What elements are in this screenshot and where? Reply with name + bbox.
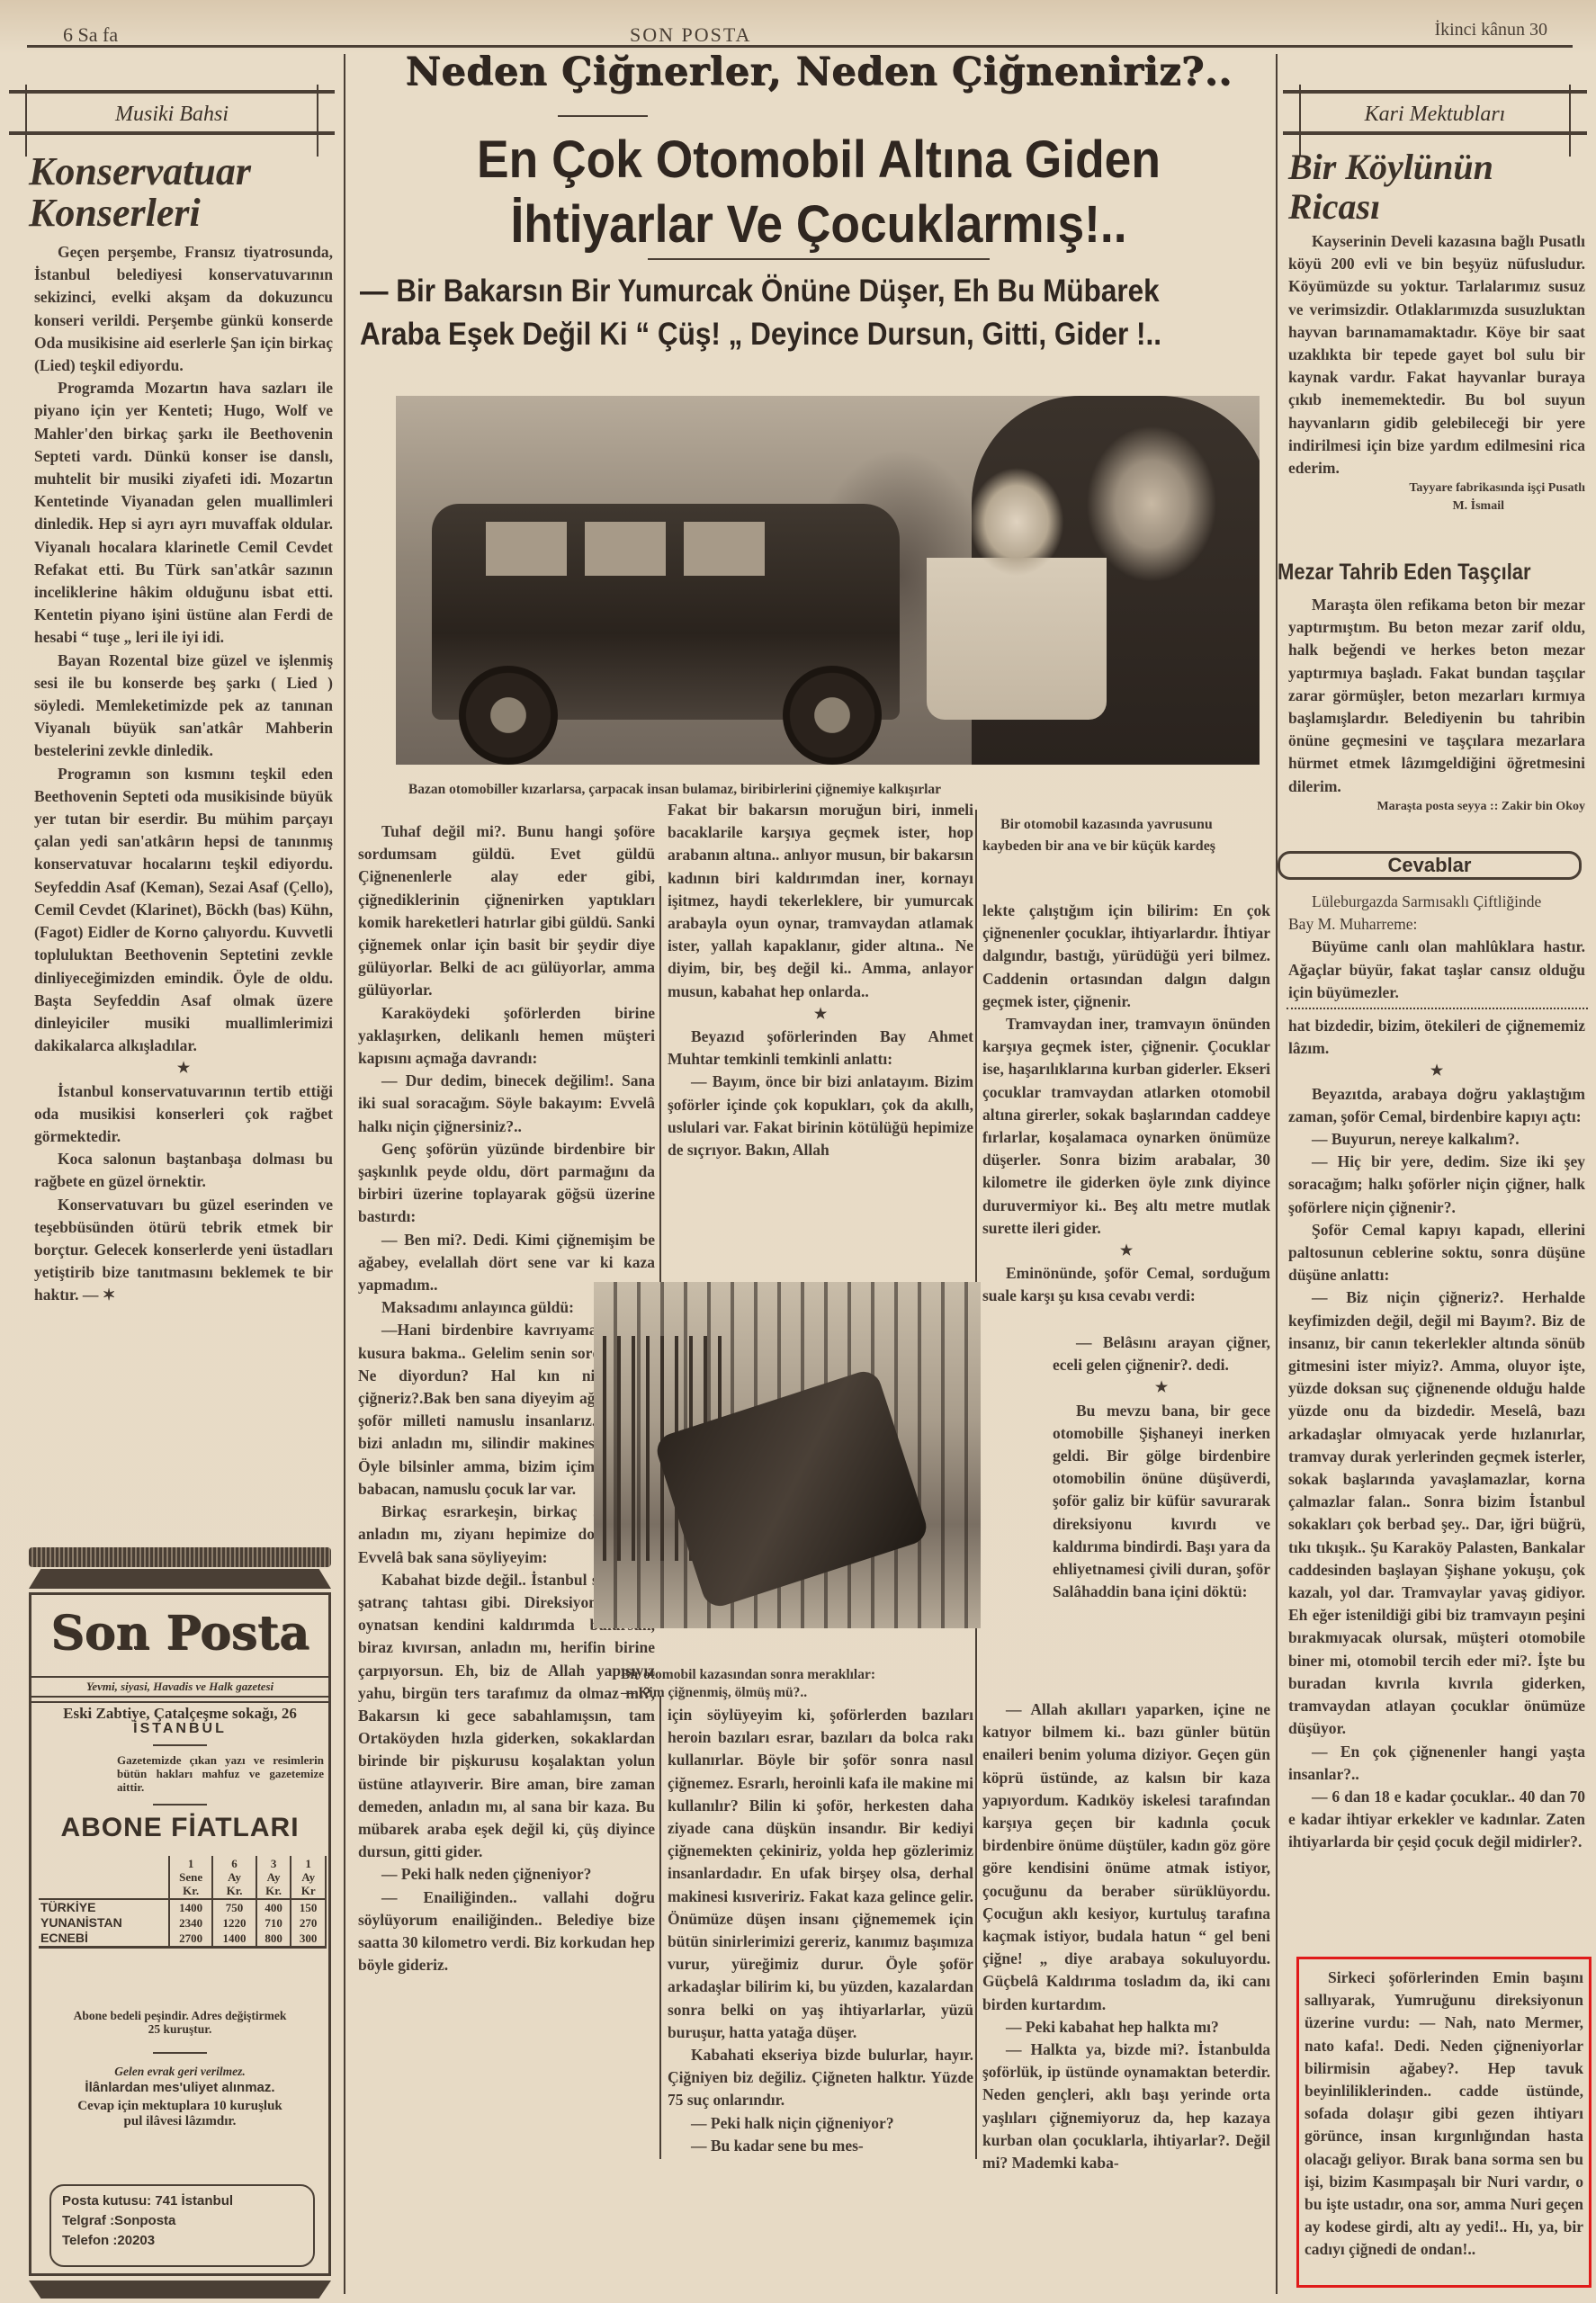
letter-signature: Tayyare fabrikasında işçi Pusatlı bbox=[1288, 479, 1585, 497]
article-kicker: Neden Çiğnerler, Neden Çiğneniriz?.. bbox=[378, 49, 1260, 94]
decorative-bar bbox=[29, 2281, 331, 2299]
decorative-bar bbox=[29, 1547, 331, 1567]
column-divider bbox=[344, 54, 345, 2294]
photo-caption: Bazan otomobiller kızarlarsa, çarpacak i… bbox=[396, 781, 954, 799]
divider bbox=[153, 1744, 207, 1746]
kicker-rule bbox=[558, 115, 648, 117]
info-frame: Son Posta Yevmi, siyasi, Havadis ve Halk… bbox=[29, 1592, 331, 2276]
section-label: Musiki Bahsi bbox=[115, 103, 229, 126]
no-return-notice: Gelen evrak geri verilmez. bbox=[31, 2065, 328, 2078]
article-column-3-narrow: — Belâsını arayan çiğner, eceli gelen çi… bbox=[1053, 1331, 1270, 1603]
answers-body: Lüleburgazda Sarmısaklı Çiftliğinde Bay … bbox=[1288, 891, 1585, 1004]
no-liability-notice: İlânlardan mes'uliyet alınmaz. bbox=[31, 2081, 328, 2094]
newspaper-page: 6 Sa fa SON POSTA İkinci kânun 30 Musiki… bbox=[0, 0, 1596, 2303]
table-row: YUNANİSTAN 2340 1220 710 270 bbox=[39, 1915, 326, 1931]
masthead: SON POSTA bbox=[630, 23, 751, 47]
newspaper-title: Son Posta bbox=[31, 1606, 328, 1661]
section-label-box: Musiki Bahsi bbox=[9, 90, 335, 135]
photo-child bbox=[927, 450, 1107, 720]
photo-caption-mid: Bir otomobil kazasından sonra meraklılar… bbox=[621, 1666, 981, 1702]
page-number: 6 Sa fa bbox=[63, 23, 118, 47]
contact-box: Posta kutusu: 741 İstanbul Telgraf :Sonp… bbox=[49, 2184, 315, 2267]
table-row: TÜRKİYE 1400 750 400 150 bbox=[39, 1899, 326, 1915]
article-headline: Konservatuar Konserleri bbox=[29, 151, 251, 234]
photo-wheel bbox=[459, 666, 558, 765]
page-header: 6 Sa fa SON POSTA İkinci kânun 30 bbox=[27, 16, 1574, 47]
section-label-box: Kari Mektubları bbox=[1283, 90, 1587, 135]
highlighted-text: Sirkeci şoförlerinden Emin başını sallıy… bbox=[1305, 1967, 1583, 2262]
letter-signature: Maraşta posta seyya :: Zakir bin Okoy bbox=[1288, 798, 1585, 816]
table-row: ECNEBİ 2700 1400 800 300 bbox=[39, 1931, 326, 1948]
photo-crash-scene bbox=[594, 1282, 981, 1628]
article-column-3: lekte çalıştığım için bilirim: En çok çi… bbox=[982, 900, 1270, 1308]
article-continuation: hat bizdedir, bizim, ötekileri de çiğnem… bbox=[1288, 1015, 1585, 1854]
column-divider bbox=[659, 886, 661, 1282]
photo-wheel bbox=[783, 666, 882, 765]
star-separator: ★ bbox=[34, 1057, 333, 1080]
section-label: Kari Mektubları bbox=[1365, 103, 1506, 126]
table-header-row: 1SeneKr. 6AyKr. 3AyKr. 1AyKr bbox=[39, 1856, 326, 1899]
article-subheadline: — Bir Bakarsın Bir Yumurcak Önüne Düşer,… bbox=[360, 270, 1186, 356]
issue-date: İkinci kânun 30 bbox=[1434, 20, 1547, 40]
city: İSTANBUL bbox=[31, 1721, 328, 1737]
article-headline: En Çok Otomobil Altına Giden İhtiyarlar … bbox=[405, 128, 1233, 257]
po-box: Posta kutusu: 741 İstanbul bbox=[62, 2191, 302, 2211]
son-posta-info-box: Son Posta Yevmi, siyasi, Havadis ve Halk… bbox=[27, 1547, 333, 2299]
tagline: Yevmi, siyasi, Havadis ve Halk gazetesi bbox=[31, 1676, 328, 1698]
highlight-annotation-box: Sirkeci şoförlerinden Emin başını sallıy… bbox=[1296, 1957, 1592, 2288]
photo-caption-right: Bir otomobil kazasında yavrusunu kaybede… bbox=[982, 814, 1270, 857]
reply-note: Cevap için mektuplara 10 kuruşluk pul il… bbox=[31, 2099, 328, 2129]
letter-body-koylu: Kayserinin Develi kazasına bağlı Pusatlı… bbox=[1288, 230, 1585, 515]
dotted-divider bbox=[1287, 1008, 1588, 1009]
rights-notice: Gazetemizde çıkan yazı ve resimlerin büt… bbox=[117, 1753, 324, 1794]
header-rule bbox=[27, 45, 1573, 48]
decorative-wedge bbox=[29, 1569, 331, 1589]
letter-headline: Bir Köylünün Ricası bbox=[1288, 148, 1493, 227]
photo-car-accident-and-mother bbox=[396, 396, 1260, 765]
article-body-konservatuar: Geçen perşembe, Fransız tiyatrosunda, İs… bbox=[34, 241, 333, 1307]
address: Eski Zabtiye, Çatalçeşme sokağı, 26 bbox=[31, 1701, 328, 1723]
column-divider bbox=[659, 1696, 661, 2159]
letter-signature: M. İsmail bbox=[1288, 497, 1585, 515]
letter-body-mezar: Maraşta ölen refikama beton bir mezar ya… bbox=[1288, 594, 1585, 816]
divider bbox=[153, 2052, 207, 2054]
article-column-2-top: Fakat bir bakarsın moruğun biri, inmeli … bbox=[668, 799, 973, 1161]
column-divider bbox=[1276, 54, 1278, 2294]
divider bbox=[153, 1804, 207, 1806]
letter-headline: Mezar Tahrib Eden Taşçılar bbox=[1278, 560, 1547, 586]
subscription-table: 1SeneKr. 6AyKr. 3AyKr. 1AyKr TÜRKİYE 140… bbox=[39, 1856, 327, 1949]
subscription-title: ABONE FİATLARI bbox=[31, 1813, 328, 1843]
article-column-2-bottom: için söylüyeyim ki, şoförlerden bazıları… bbox=[668, 1704, 973, 2157]
telegraph: Telgraf :Sonposta bbox=[62, 2211, 302, 2231]
phone: Telefon :20203 bbox=[62, 2231, 302, 2251]
article-column-3-bottom: — Allah akılları yaparken, içine ne katı… bbox=[982, 1698, 1270, 2174]
answers-label: Cevablar bbox=[1278, 851, 1582, 880]
payment-note: Abone bedeli peşindir. Adres değiştirmek… bbox=[31, 2009, 328, 2036]
headline-rule bbox=[648, 258, 990, 260]
